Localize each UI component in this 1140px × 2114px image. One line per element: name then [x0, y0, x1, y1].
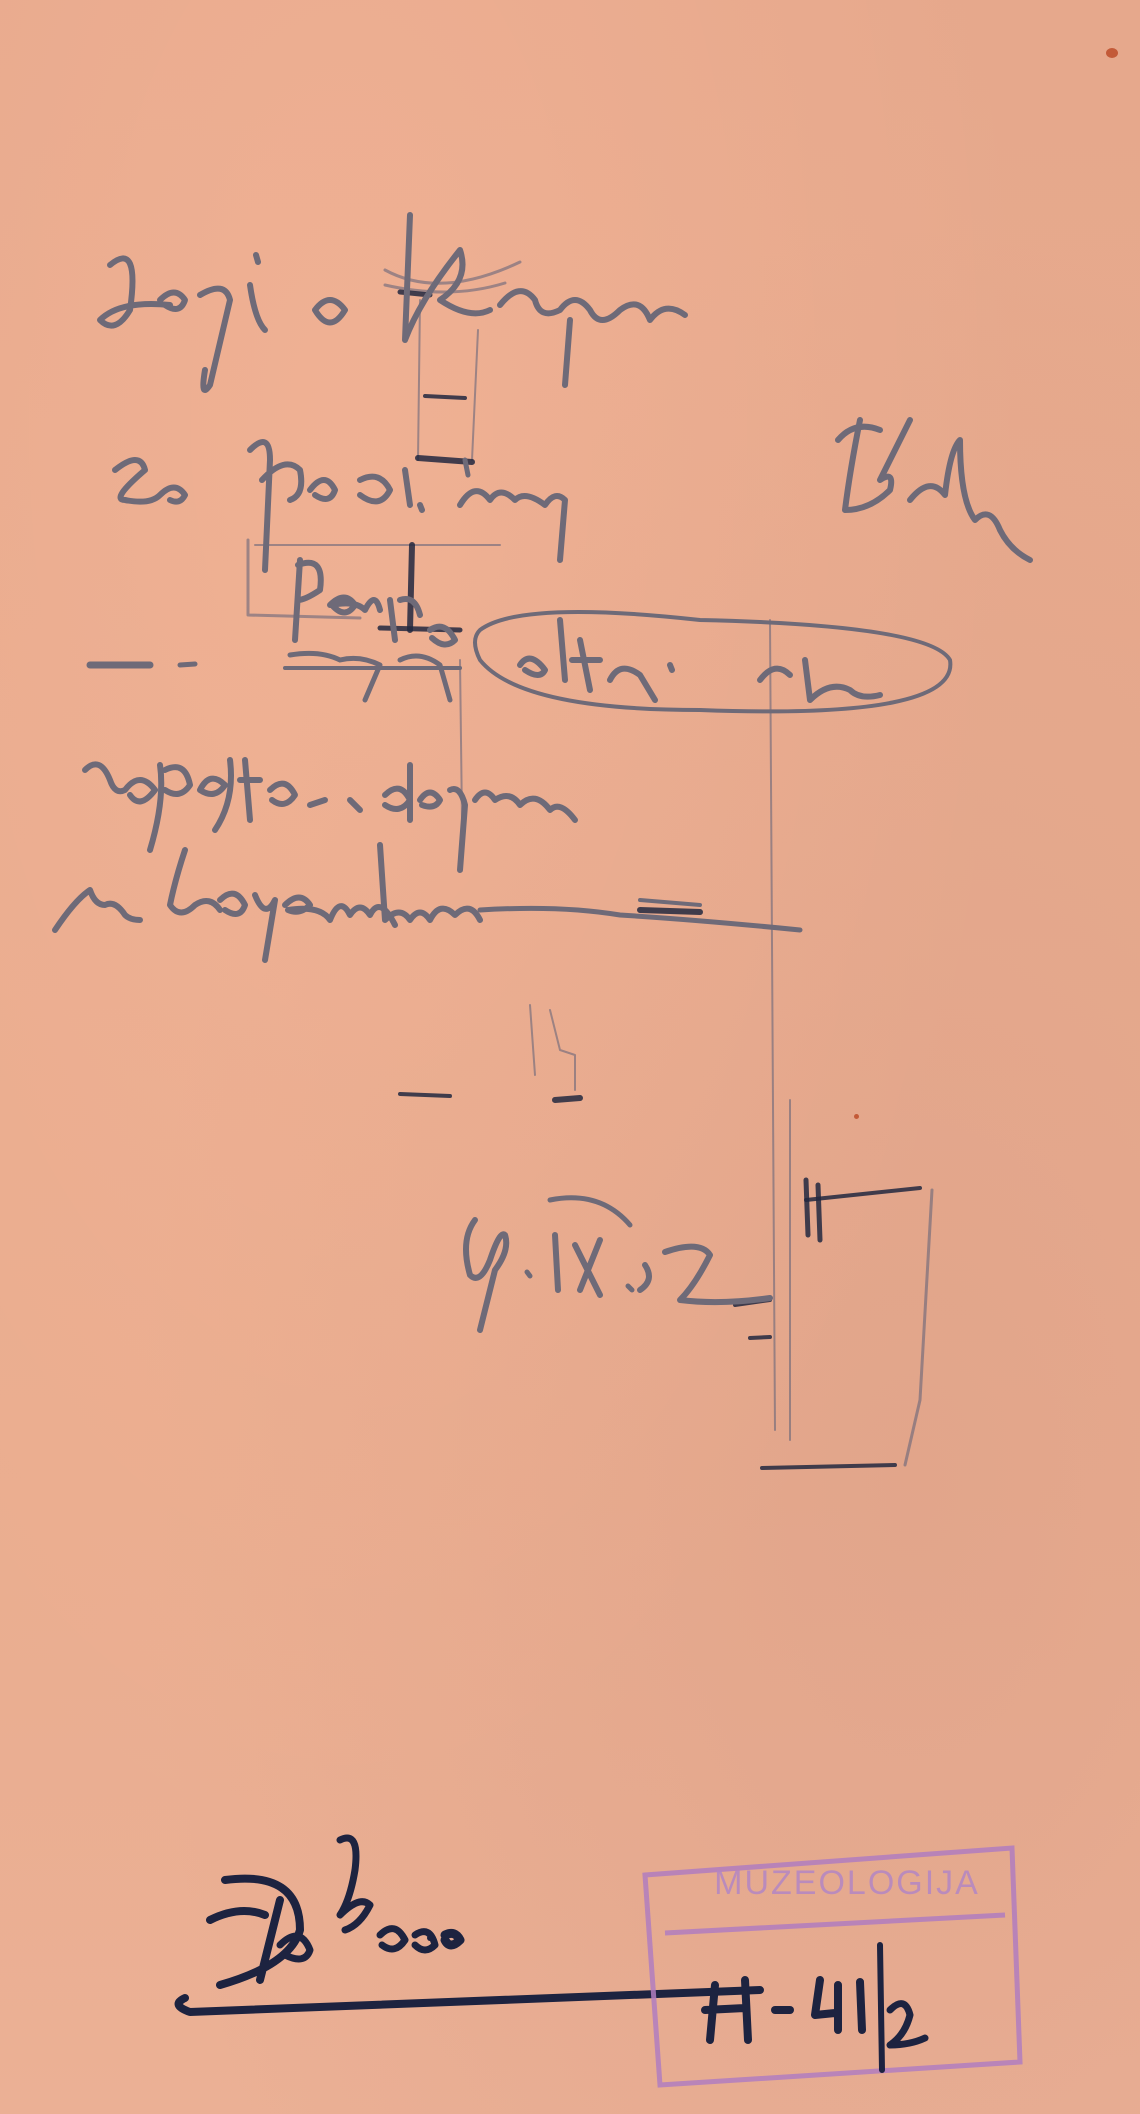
paper-stain: [1106, 48, 1118, 58]
paper-stain: [854, 1114, 859, 1119]
museum-stamp-frame: [0, 0, 1140, 2114]
document-page: MUZEOLOGIJA Dogrio Kloajima za prodol. n…: [0, 0, 1140, 2114]
stamp-label: MUZEOLOGIJA: [682, 1864, 1012, 1903]
